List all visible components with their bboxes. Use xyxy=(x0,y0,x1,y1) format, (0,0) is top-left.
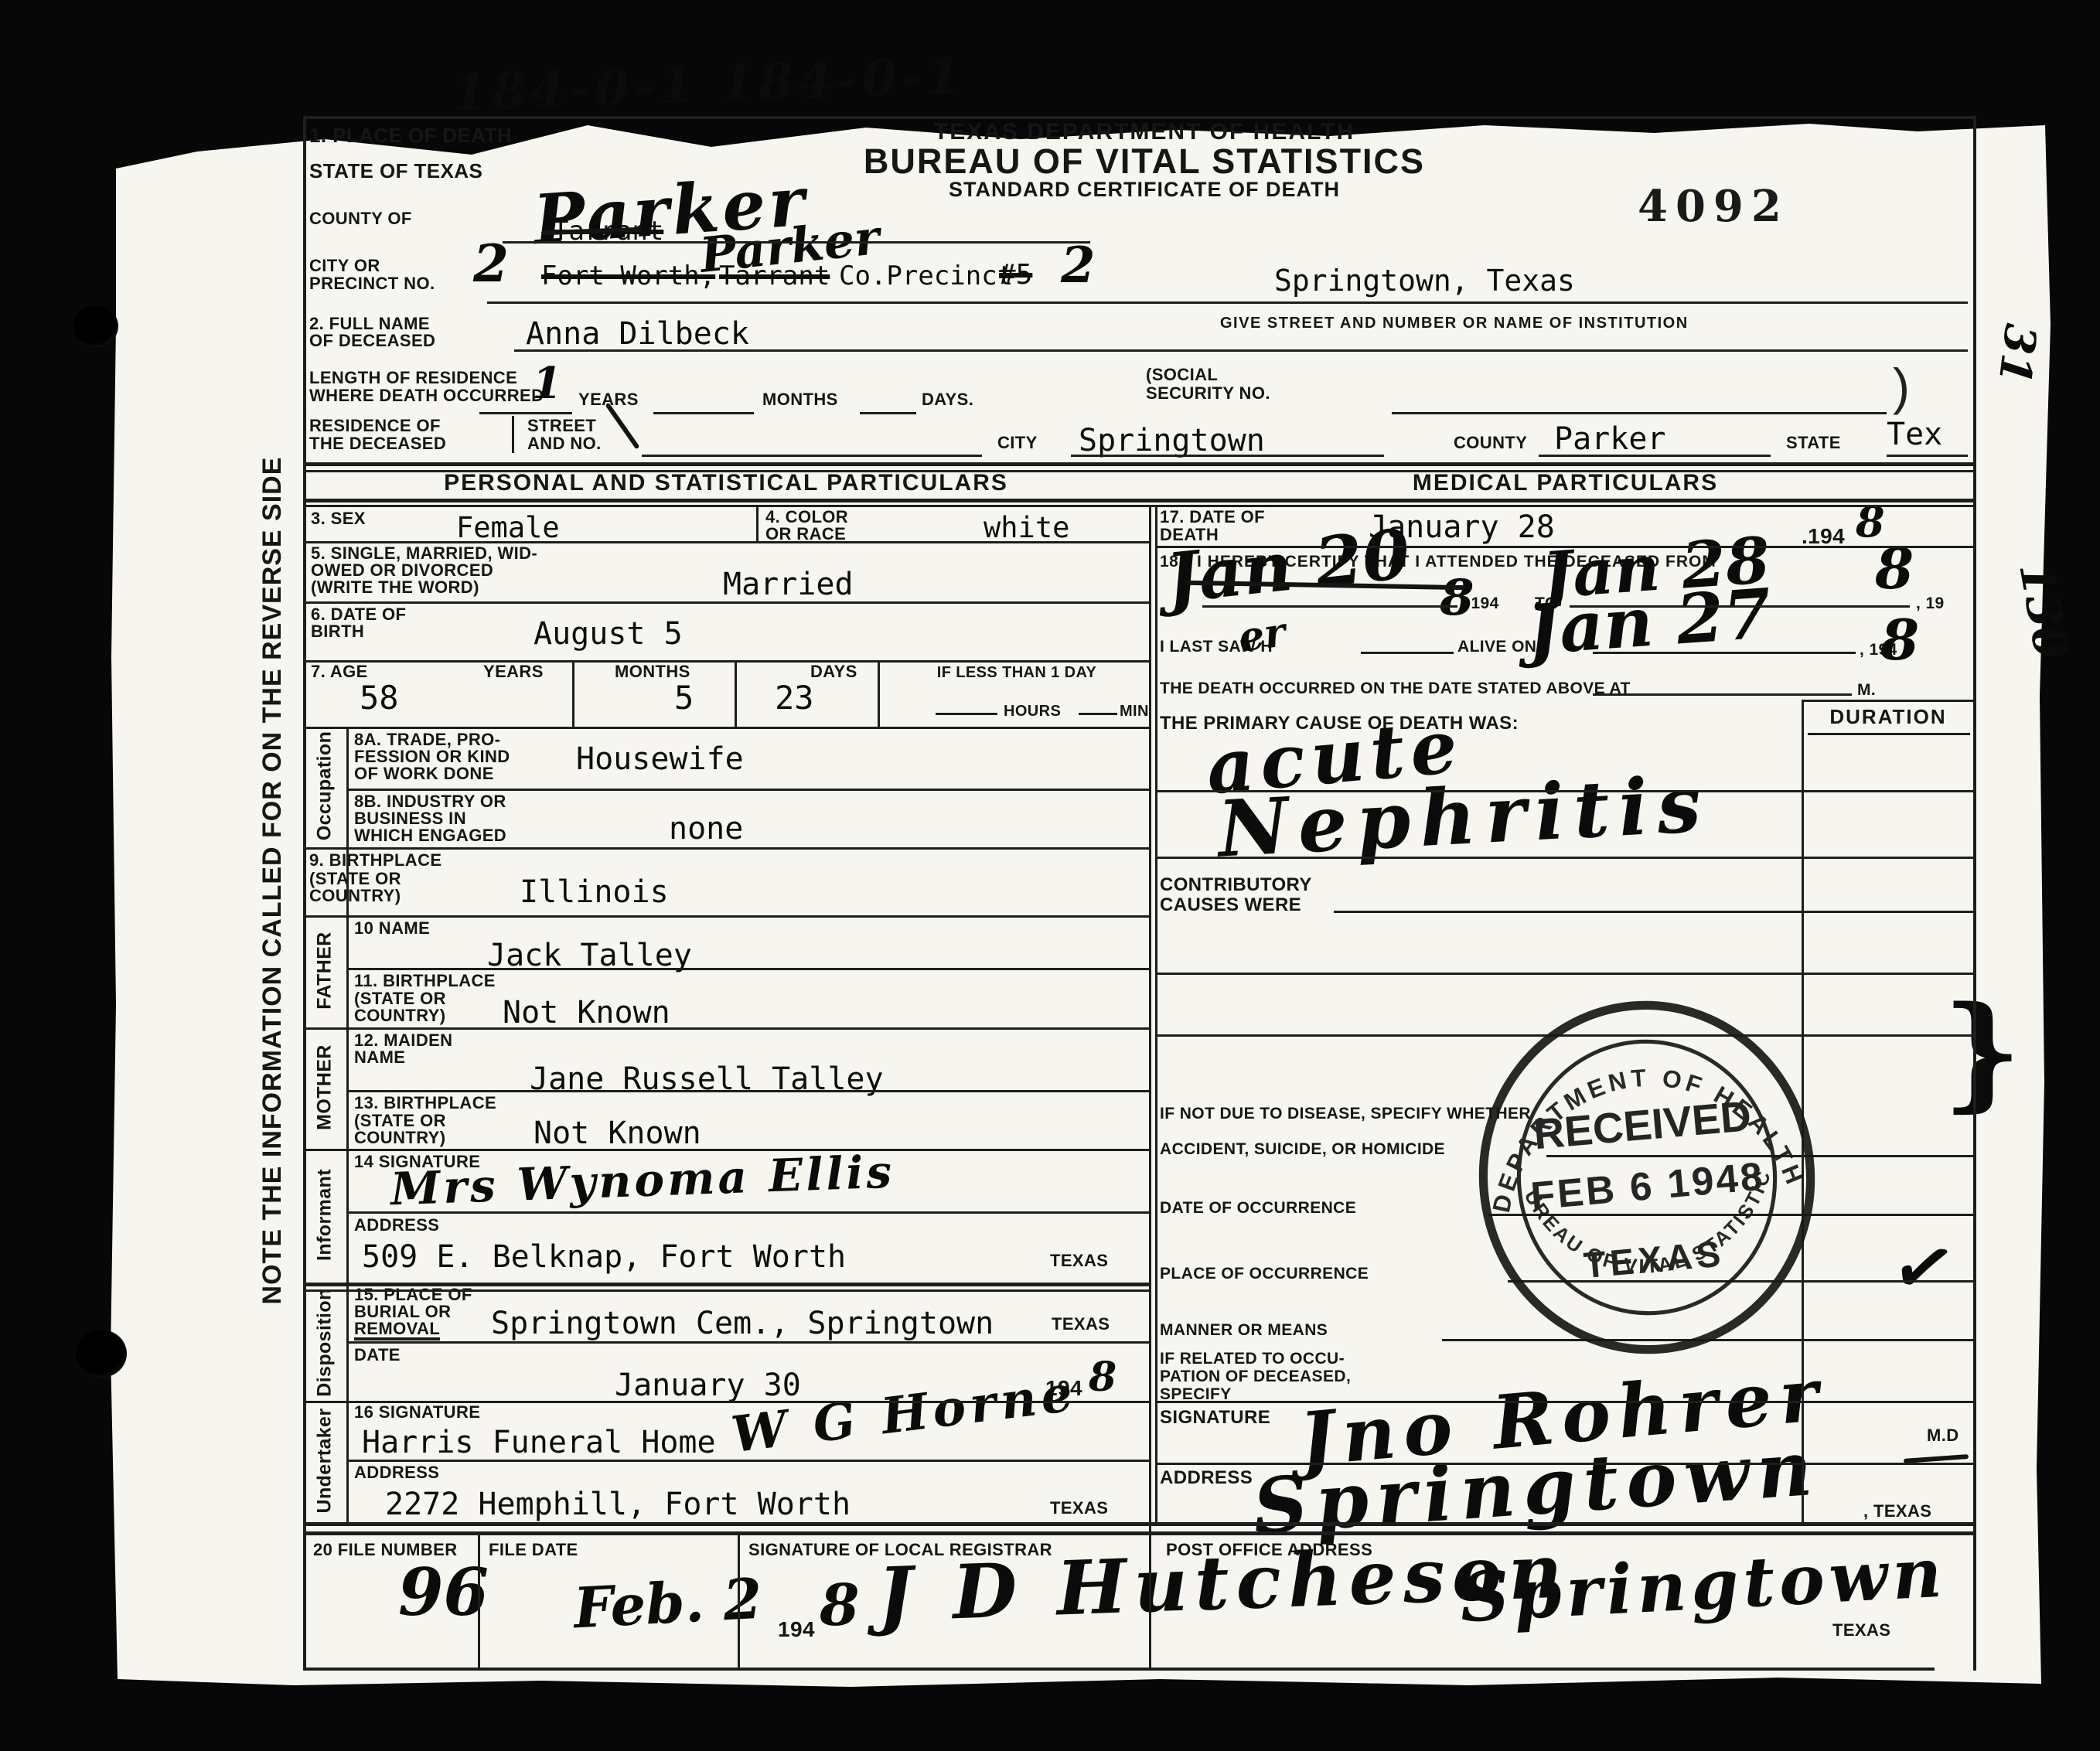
place-of-death-label: 1. PLACE OF DEATH xyxy=(309,125,512,145)
city-or-label: CITY OR xyxy=(309,257,380,274)
hours-label: HOURS xyxy=(1004,703,1061,719)
vline xyxy=(756,505,759,541)
res-state-label: STATE xyxy=(1786,434,1841,451)
rule xyxy=(303,1149,1149,1151)
rule xyxy=(303,660,1149,663)
birthplace-label-3: COUNTRY) xyxy=(309,887,401,904)
rule xyxy=(1155,973,1976,975)
father-bp-label-3: COUNTRY) xyxy=(354,1007,446,1024)
undertaker-addr-label: ADDRESS xyxy=(354,1464,439,1481)
burial-date-value: January 30 xyxy=(615,1370,801,1401)
undertaker-name: Harris Funeral Home xyxy=(362,1427,716,1458)
father-bp-value: Not Known xyxy=(503,997,670,1028)
vline xyxy=(512,416,514,453)
rule xyxy=(303,1283,1149,1286)
mother-bp-label-2: (STATE OR xyxy=(354,1112,446,1129)
undertaker-addr-value: 2272 Hemphill, Fort Worth xyxy=(385,1489,851,1520)
vline xyxy=(1973,116,1976,1671)
certify-year1-hw: 8 xyxy=(1440,574,1474,623)
vline xyxy=(478,1531,480,1668)
age-days-label: DAYS xyxy=(810,663,857,680)
res-city-value: Springtown xyxy=(1079,425,1265,456)
color-value: white xyxy=(984,513,1069,542)
father-name-value: Jack Talley xyxy=(487,940,692,971)
min-label: MIN xyxy=(1120,703,1149,719)
rule xyxy=(303,116,1976,119)
rule xyxy=(346,789,1149,791)
rule xyxy=(303,601,1149,604)
struck-fort-worth: Fort Worth, xyxy=(541,263,715,289)
rule xyxy=(1808,733,1970,735)
personal-section-title: PERSONAL AND STATISTICAL PARTICULARS xyxy=(303,472,1149,495)
res-state-value: Tex xyxy=(1887,419,1942,450)
vline xyxy=(738,1531,740,1668)
vline xyxy=(878,660,880,727)
rule xyxy=(303,462,1976,466)
industry-label-1: 8B. INDUSTRY OR xyxy=(354,793,506,810)
dob-label-1: 6. DATE OF xyxy=(311,606,406,623)
dob-label-2: BIRTH xyxy=(311,623,364,640)
precinct-2-value: 2 xyxy=(1061,241,1096,291)
m-label: M. xyxy=(1857,682,1876,698)
file-number-hw: 96 xyxy=(398,1560,489,1625)
certify-year2-hw: 8 xyxy=(1875,541,1914,597)
rule xyxy=(503,241,1090,244)
if-less-label: IF LESS THAN 1 DAY xyxy=(889,665,1144,680)
rule xyxy=(936,713,997,715)
mother-side-label: MOTHER xyxy=(315,1026,335,1150)
rule xyxy=(1593,693,1852,696)
rule xyxy=(303,1668,1935,1671)
duration-label: DURATION xyxy=(1803,707,1973,727)
rule xyxy=(642,455,982,457)
vline xyxy=(303,116,306,1671)
age-months-label: MONTHS xyxy=(615,663,690,680)
street-label-1: STREET xyxy=(527,417,596,434)
burial-label-2: BURIAL OR xyxy=(354,1303,451,1320)
rule xyxy=(1334,911,1976,913)
cause-of-death-2: Nephritis xyxy=(1216,765,1712,867)
length-residence-label-1: LENGTH OF RESIDENCE xyxy=(309,370,517,387)
bureau-header: BUREAU OF VITAL STATISTICS xyxy=(820,144,1469,179)
file-date-label: FILE DATE xyxy=(489,1541,578,1559)
rule xyxy=(346,968,1149,970)
rule xyxy=(1392,412,1887,414)
father-side-label: FATHER xyxy=(315,909,335,1033)
accident-label: ACCIDENT, SUICIDE, OR HOMICIDE xyxy=(1160,1141,1445,1157)
rule xyxy=(1539,455,1771,457)
burial-texas-label: TEXAS xyxy=(1052,1316,1110,1333)
rule xyxy=(303,499,1976,502)
death-occurred-label: THE DEATH OCCURRED ON THE DATE STATED AB… xyxy=(1160,680,1631,697)
industry-value: none xyxy=(669,813,743,844)
top-handwritten-numbers: 184-0-1 184-0-1 xyxy=(452,51,966,118)
margin-brace: } xyxy=(1942,990,2022,1113)
certificate-number: 4092 xyxy=(1638,181,1789,232)
vline xyxy=(1155,505,1157,1522)
rule xyxy=(303,1531,1976,1535)
manner-label: MANNER OR MEANS xyxy=(1160,1322,1328,1338)
city-value: Springtown, Texas xyxy=(1274,266,1575,295)
rule xyxy=(303,847,1149,850)
rule xyxy=(303,1522,1976,1526)
rule xyxy=(303,915,1149,918)
father-name-label: 10 NAME xyxy=(354,920,430,937)
mother-bp-label-3: COUNTRY) xyxy=(354,1129,446,1146)
mother-bp-value: Not Known xyxy=(534,1118,701,1149)
residence-label-1: RESIDENCE OF xyxy=(309,417,441,434)
physician-texas-label: , TEXAS xyxy=(1863,1503,1931,1520)
related-label-1: IF RELATED TO OCCU- xyxy=(1160,1351,1345,1367)
related-label-3: SPECIFY xyxy=(1160,1386,1232,1402)
punch-hole xyxy=(76,1330,127,1378)
rule xyxy=(1155,857,1976,859)
res-county-label: COUNTY xyxy=(1454,434,1527,451)
color-label-2: OR RACE xyxy=(765,526,846,543)
burial-year-hw: 8 xyxy=(1089,1358,1116,1398)
date-occurrence-label: DATE OF OCCURRENCE xyxy=(1160,1200,1356,1216)
rule xyxy=(1155,546,1976,548)
age-months-value: 5 xyxy=(674,682,694,714)
maiden-label-2: NAME xyxy=(354,1049,405,1066)
rule xyxy=(1361,652,1454,654)
give-street-caption: GIVE STREET AND NUMBER OR NAME OF INSTIT… xyxy=(1220,315,1689,331)
death-certificate-scan: NOTE THE INFORMATION CALLED FOR ON THE R… xyxy=(0,0,2100,1751)
last-saw-label-2: ALIVE ON xyxy=(1457,639,1536,655)
industry-label-3: WHICH ENGAGED xyxy=(354,827,506,844)
informant-addr-label: ADDRESS xyxy=(354,1217,439,1234)
her-hw: er xyxy=(1236,612,1288,659)
months-label: MONTHS xyxy=(762,391,838,408)
file-year-print: 194 xyxy=(778,1619,815,1640)
disposition-side-label: Disposition xyxy=(315,1281,335,1405)
stamp-state-text: TEXAS xyxy=(1582,1232,1726,1286)
father-bp-label-2: (STATE OR xyxy=(354,990,446,1007)
res-county-value: Parker xyxy=(1554,424,1666,455)
color-label-1: 4. COLOR xyxy=(765,509,848,526)
age-years-value: 58 xyxy=(360,682,399,714)
related-label-2: PATION OF DECEASED, xyxy=(1160,1368,1351,1385)
full-name-label-1: 2. FULL NAME xyxy=(309,315,430,332)
rule xyxy=(479,412,572,414)
rule xyxy=(346,1211,1149,1214)
state-of-texas-label: STATE OF TEXAS xyxy=(309,161,482,181)
street-label-2: AND NO. xyxy=(527,435,602,452)
dod-label-1: 17. DATE OF xyxy=(1160,509,1265,526)
marital-label-3: (WRITE THE WORD) xyxy=(311,579,479,596)
burial-label-3: REMOVAL xyxy=(354,1320,440,1341)
age-label: 7. AGE xyxy=(311,663,368,680)
rule xyxy=(487,301,1968,304)
deceased-name-value: Anna Dilbeck xyxy=(526,319,749,349)
social-paren: ) xyxy=(1893,357,1910,416)
received-stamp: DEPARTMENT OF HEALTH BUREAU OF VITAL STA… xyxy=(1457,981,1836,1373)
maiden-label-1: 12. MAIDEN xyxy=(354,1032,452,1049)
standard-cert-header: STANDARD CERTIFICATE OF DEATH xyxy=(851,179,1438,200)
full-name-label-2: OF DECEASED xyxy=(309,332,435,349)
rule xyxy=(1570,605,1910,608)
rule xyxy=(1155,1463,1976,1465)
social-label-2: SECURITY NO. xyxy=(1146,385,1270,402)
vline xyxy=(346,727,349,1522)
contributory-label-1: CONTRIBUTORY xyxy=(1160,876,1312,894)
rule xyxy=(1593,652,1856,654)
trade-label-1: 8A. TRADE, PRO- xyxy=(354,731,500,748)
county-of-label: COUNTY OF xyxy=(309,210,412,227)
rule xyxy=(1079,713,1117,715)
punch-hole xyxy=(73,305,118,347)
burial-value: Springtown Cem., Springtown xyxy=(491,1308,994,1339)
vline xyxy=(1149,505,1151,1668)
dod-year-print: .194 xyxy=(1802,526,1845,547)
file-date-hw: Feb. 2 xyxy=(572,1571,763,1637)
trade-value: Housewife xyxy=(576,744,744,775)
rule xyxy=(303,727,1149,729)
po-texas-label: TEXAS xyxy=(1832,1622,1890,1639)
dob-value: August 5 xyxy=(534,618,683,649)
age-days-value: 23 xyxy=(775,682,814,714)
informant-side-label: Informant xyxy=(315,1153,335,1277)
length-residence-label-2: WHERE DEATH OCCURRED xyxy=(309,387,544,404)
trade-label-3: OF WORK DONE xyxy=(354,765,494,782)
undertaker-texas-label: TEXAS xyxy=(1050,1500,1108,1517)
marital-value: Married xyxy=(723,569,854,600)
struck-precinct-5: #5 xyxy=(999,261,1032,289)
physician-addr-label: ADDRESS xyxy=(1160,1469,1253,1487)
age-years-label: YEARS xyxy=(483,663,544,680)
social-label-1: (SOCIAL xyxy=(1146,366,1218,383)
rule xyxy=(303,1401,1149,1403)
rule xyxy=(303,470,1976,472)
vline xyxy=(735,660,737,727)
rule xyxy=(1071,455,1384,457)
undertaker-sig-label: 16 SIGNATURE xyxy=(354,1404,480,1421)
certify-year2-print: , 19 xyxy=(1916,595,1945,611)
rule xyxy=(653,412,754,414)
rule xyxy=(303,1027,1149,1030)
stamp-date-text: FEB 6 1948 xyxy=(1529,1153,1766,1218)
sex-value: Female xyxy=(456,513,560,542)
birthplace-value: Illinois xyxy=(520,877,669,908)
last-saw-year-hw: 8 xyxy=(1880,612,1919,668)
rule xyxy=(860,412,916,414)
vline xyxy=(572,660,574,727)
rule xyxy=(1155,790,1976,792)
physician-sig-label: SIGNATURE xyxy=(1160,1409,1270,1427)
burial-date-label: DATE xyxy=(354,1347,401,1364)
file-year-hw: 8 xyxy=(820,1577,860,1634)
years-value-hw: 1 xyxy=(532,362,562,405)
father-bp-label-1: 11. BIRTHPLACE xyxy=(354,973,496,990)
margin-note: NOTE THE INFORMATION CALLED FOR ON THE R… xyxy=(259,428,285,1333)
res-city-label: CITY xyxy=(997,434,1038,451)
md-label: M.D xyxy=(1927,1427,1959,1444)
medical-section-title: MEDICAL PARTICULARS xyxy=(1155,472,1976,495)
trade-label-2: FESSION OR KIND xyxy=(354,748,510,765)
marital-label-1: 5. SINGLE, MARRIED, WID- xyxy=(311,545,537,562)
co-precinct-text: Co.Precinct xyxy=(839,263,1013,289)
rule xyxy=(1202,605,1457,608)
occupation-side-label: Occupation xyxy=(315,724,335,848)
rule xyxy=(346,1341,1149,1344)
rule xyxy=(303,505,1976,507)
rule xyxy=(1155,1401,1976,1403)
mother-bp-label-1: 13. BIRTHPLACE xyxy=(354,1095,496,1112)
side-number-31: 31 xyxy=(1992,322,2042,387)
rule xyxy=(1802,700,1976,702)
rule xyxy=(346,1460,1149,1462)
industry-label-2: BUSINESS IN xyxy=(354,810,466,827)
undertaker-side-label: Undertaker xyxy=(315,1399,335,1523)
rule xyxy=(1887,455,1968,457)
place-occurrence-label: PLACE OF OCCURRENCE xyxy=(1160,1266,1369,1282)
marital-label-2: OWED OR DIVORCED xyxy=(311,562,493,579)
precinct-no-label: PRECINCT NO. xyxy=(309,275,435,292)
dept-header: TEXAS DEPARTMENT OF HEALTH xyxy=(851,121,1438,144)
birthplace-label-1: 9. BIRTHPLACE xyxy=(309,852,441,869)
precinct-handwritten-2: 2 xyxy=(473,238,509,289)
informant-texas-label: TEXAS xyxy=(1050,1252,1108,1269)
rule xyxy=(346,1090,1149,1092)
contributory-label-2: CAUSES WERE xyxy=(1160,896,1301,915)
rule xyxy=(303,541,1149,543)
residence-label-2: THE DECEASED xyxy=(309,435,446,452)
rule xyxy=(514,349,1968,352)
birthplace-label-2: (STATE OR xyxy=(309,870,401,887)
sex-label: 3. SEX xyxy=(311,510,366,527)
days-label: DAYS. xyxy=(922,391,973,408)
informant-addr-value: 509 E. Belknap, Fort Worth xyxy=(362,1242,846,1272)
rule xyxy=(303,1289,1149,1292)
